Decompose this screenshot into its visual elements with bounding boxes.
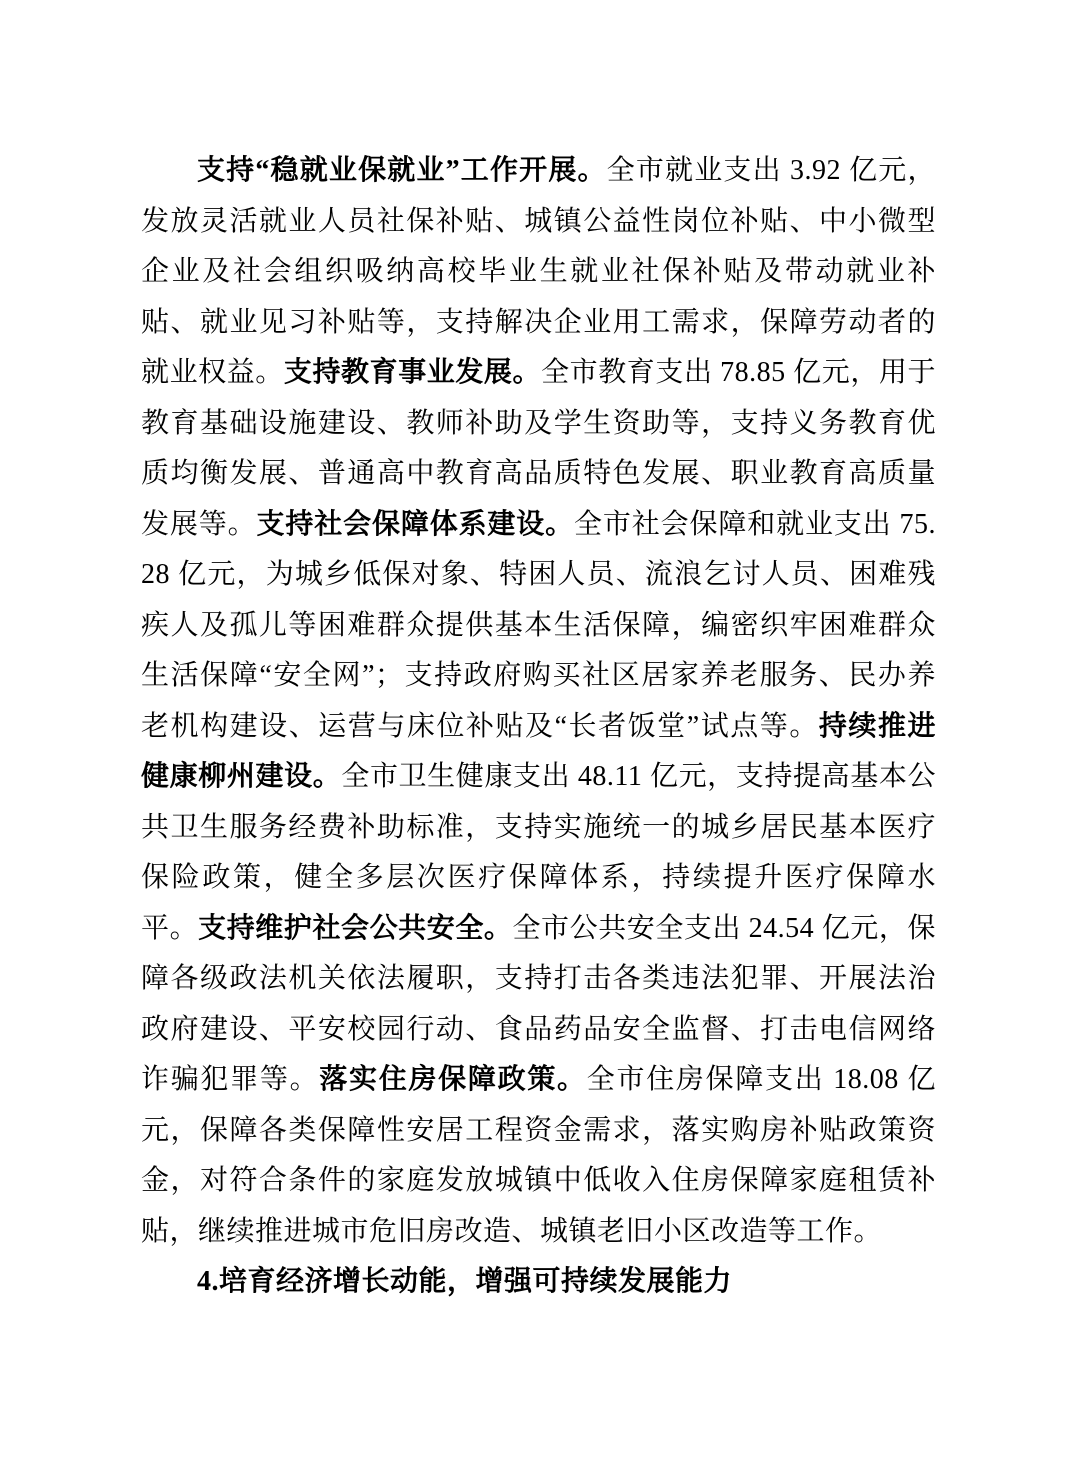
document-body: 支持“稳就业保就业”工作开展。全市就业支出 3.92 亿元，发放灵活就业人员社保… bbox=[141, 146, 936, 1308]
bold-lead-run: 支持教育事业发展。 bbox=[284, 357, 541, 388]
bold-lead-run: 落实住房保障政策。 bbox=[319, 1064, 586, 1095]
document-page: 支持“稳就业保就业”工作开展。全市就业支出 3.92 亿元，发放灵活就业人员社保… bbox=[0, 0, 1074, 1484]
text-run: 全市社会保障和就业支出 75.28 亿元，为城乡低保对象、特困人员、流浪乞讨人员… bbox=[141, 509, 936, 742]
section-heading: 4.培育经济增长动能，增强可持续发展能力 bbox=[141, 1257, 936, 1308]
bold-lead-run: 4.培育经济增长动能，增强可持续发展能力 bbox=[197, 1266, 732, 1297]
text-run: 全市就业支出 3.92 亿元，发放灵活就业人员社保补贴、城镇公益性岗位补贴、中小… bbox=[141, 155, 936, 388]
bold-lead-run: 支持“稳就业保就业”工作开展。 bbox=[197, 155, 607, 186]
body-paragraph: 支持“稳就业保就业”工作开展。全市就业支出 3.92 亿元，发放灵活就业人员社保… bbox=[141, 146, 936, 1257]
bold-lead-run: 支持社会保障体系建设。 bbox=[256, 509, 574, 540]
bold-lead-run: 支持维护社会公共安全。 bbox=[198, 913, 512, 944]
